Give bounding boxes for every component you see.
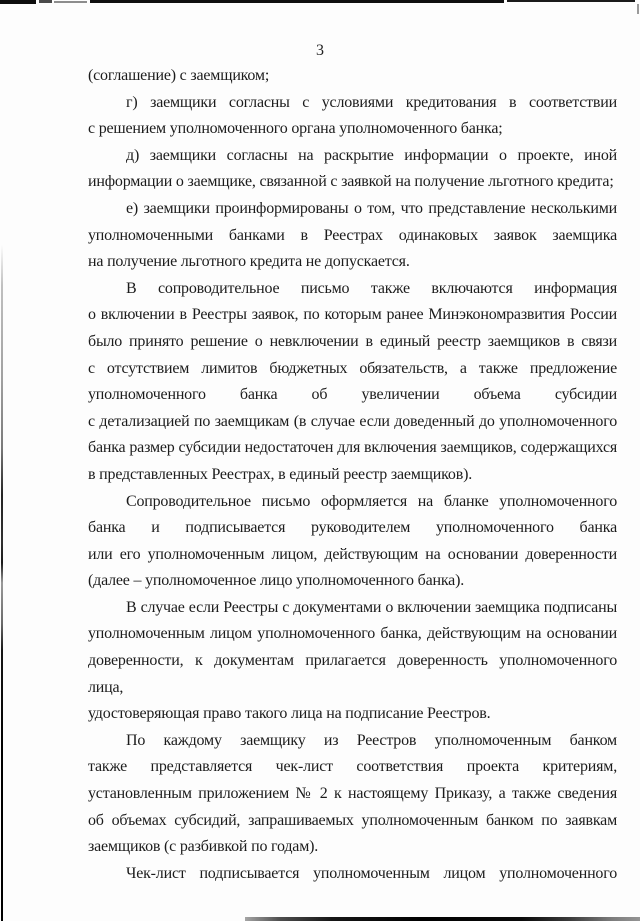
scan-edge-artifact-top (39, 0, 52, 3)
text-line: о включении в Реестры заявок, по которым… (88, 302, 617, 329)
text-line: с детализацией по заемщикам (в случае ес… (88, 409, 617, 436)
text-line: г) заемщики согласны с условиями кредито… (88, 90, 617, 117)
text-line: (далее – уполномоченное лицо уполномочен… (88, 568, 617, 595)
text-line: По каждому заемщику из Реестров уполномо… (88, 728, 617, 755)
text-line: установленным приложением № 2 к настояще… (88, 781, 617, 808)
text-line: банка размер субсидии недостаточен для в… (88, 435, 617, 462)
text-line: д) заемщики согласны на раскрытие информ… (88, 143, 617, 170)
page-number: 3 (0, 42, 640, 60)
text-line: удостоверяющая право такого лица на подп… (88, 701, 617, 728)
text-line: В случае если Реестры с документами о вк… (88, 595, 617, 622)
scan-edge-artifact-top-left (0, 0, 36, 4)
text-line: с отсутствием лимитов бюджетных обязател… (88, 356, 617, 383)
text-line: доверенности, к документам прилагается д… (88, 648, 617, 701)
text-line: или его уполномоченным лицом, действующи… (88, 542, 617, 569)
text-line: с решением уполномоченного органа уполно… (88, 116, 617, 143)
text-line: также представляется чек-лист соответств… (88, 754, 617, 781)
text-line: было принято решение о невключении в еди… (88, 329, 617, 356)
text-line: В сопроводительное письмо также включают… (88, 276, 617, 303)
text-line: в представленных Реестрах, в единый реес… (88, 462, 617, 489)
scan-edge-artifact-top-right (507, 0, 635, 2)
scan-edge-artifact-top (54, 1, 87, 3)
text-line: Чек-лист подписывается уполномоченным ли… (88, 861, 617, 888)
scanned-document-page: 3 (соглашение) с заемщиком;г) заемщики с… (0, 0, 640, 921)
text-line: об объемах субсидий, запрашиваемых уполн… (88, 808, 617, 835)
scan-edge-artifact-left (1, 245, 3, 921)
text-line: уполномоченного банка об увеличении объе… (88, 382, 617, 409)
text-line: заемщиков (с разбивкой по годам). (88, 834, 617, 861)
text-line: уполномоченным лицом уполномоченного бан… (88, 621, 617, 648)
text-line: е) заемщики проинформированы о том, что … (88, 196, 617, 223)
text-line: на получение льготного кредита не допуск… (88, 249, 617, 276)
text-line: банка и подписывается руководителем упол… (88, 515, 617, 542)
text-line: уполномоченными банками в Реестрах одина… (88, 223, 617, 250)
scan-edge-artifact-top-main (90, 0, 504, 3)
document-body: (соглашение) с заемщиком;г) заемщики сог… (88, 63, 617, 887)
text-line: Сопроводительное письмо оформляется на б… (88, 489, 617, 516)
text-line: (соглашение) с заемщиком; (88, 63, 617, 90)
scan-edge-artifact-bottom (245, 917, 640, 921)
scan-edge-artifact-right (637, 4, 639, 14)
text-line: информации о заемщике, связанной с заявк… (88, 169, 617, 196)
